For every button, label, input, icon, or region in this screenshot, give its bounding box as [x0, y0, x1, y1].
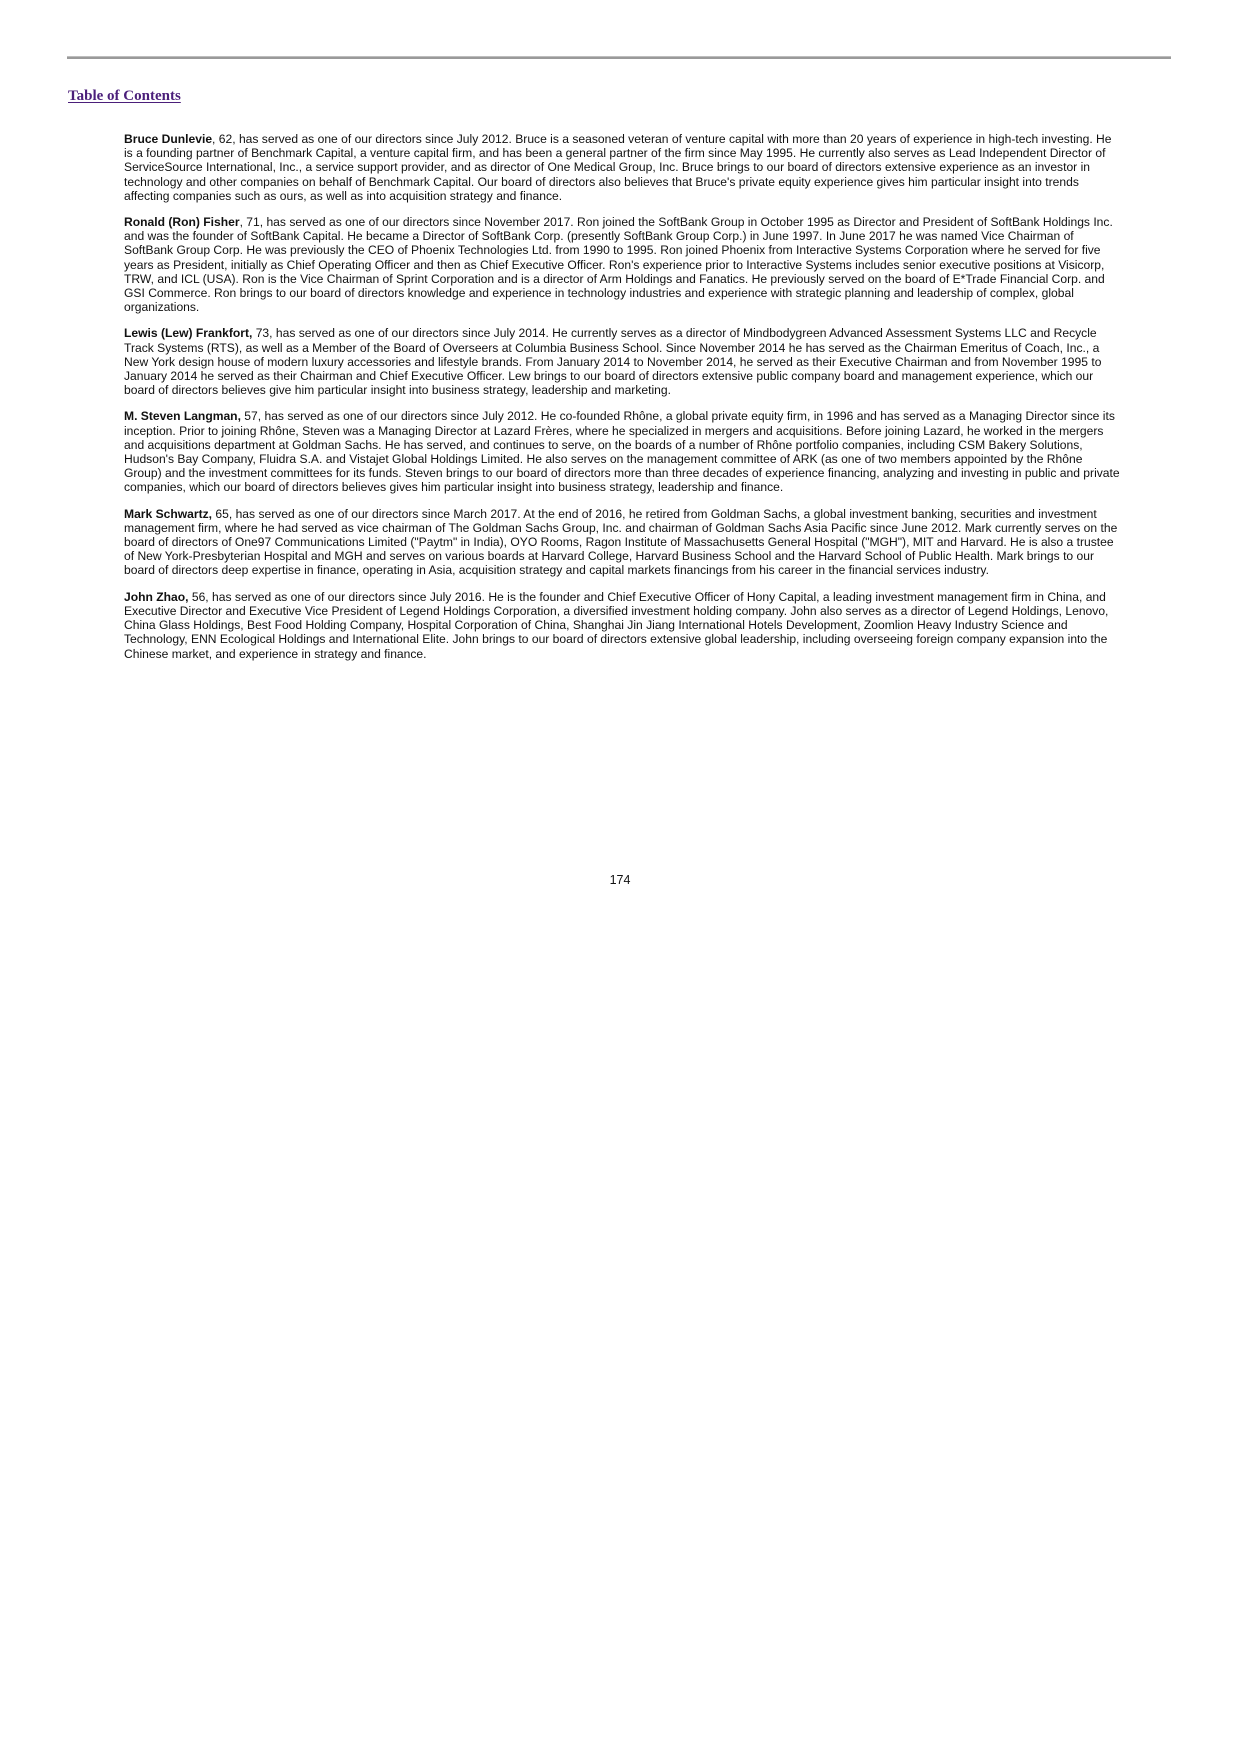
bio-john-zhao: John Zhao, 56, has served as one of our …: [124, 590, 1120, 661]
director-name: Ronald (Ron) Fisher: [124, 215, 240, 229]
bio-text: 57, has served as one of our directors s…: [124, 409, 1120, 494]
bio-text: , 71, has served as one of our directors…: [124, 215, 1113, 314]
director-bios: Bruce Dunlevie, 62, has served as one of…: [124, 132, 1120, 673]
bio-mark-schwartz: Mark Schwartz, 65, has served as one of …: [124, 507, 1120, 578]
page-number: 174: [0, 873, 1240, 887]
bio-text: 73, has served as one of our directors s…: [124, 326, 1101, 397]
director-name: John Zhao,: [124, 590, 189, 604]
director-name: M. Steven Langman,: [124, 409, 241, 423]
table-of-contents-link[interactable]: Table of Contents: [68, 88, 181, 105]
bio-lewis-frankfort: Lewis (Lew) Frankfort, 73, has served as…: [124, 326, 1120, 397]
bio-steven-langman: M. Steven Langman, 57, has served as one…: [124, 409, 1120, 494]
bio-text: 56, has served as one of our directors s…: [124, 590, 1108, 661]
director-name: Lewis (Lew) Frankfort,: [124, 326, 252, 340]
header-divider: [67, 56, 1171, 59]
director-name: Mark Schwartz,: [124, 507, 212, 521]
bio-bruce-dunlevie: Bruce Dunlevie, 62, has served as one of…: [124, 132, 1120, 203]
director-name: Bruce Dunlevie: [124, 132, 212, 146]
bio-text: 65, has served as one of our directors s…: [124, 507, 1117, 578]
bio-text: , 62, has served as one of our directors…: [124, 132, 1112, 203]
bio-ronald-fisher: Ronald (Ron) Fisher, 71, has served as o…: [124, 215, 1120, 314]
